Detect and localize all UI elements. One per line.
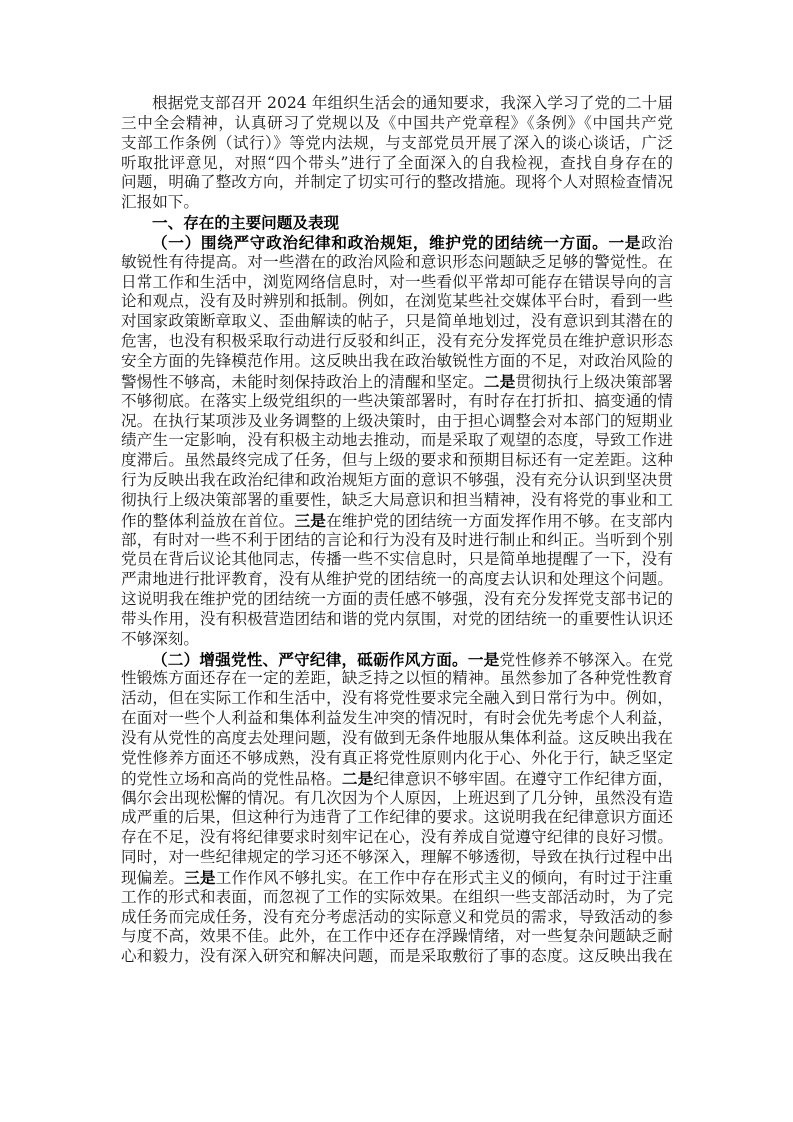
text-line: 偶尔会出现松懈的情况。有几次因为个人原因，上班迟到了几分钟，虽然没有造 xyxy=(121,789,673,809)
text-fragment: 工作作风不够扎实。在工作中存在形式主义的倾向，有时过于注重 xyxy=(216,869,673,887)
text-fragment: 现偏差。 xyxy=(121,869,184,887)
text-line: 不够深刻。 xyxy=(121,630,673,650)
text-line: 危害，也没有积极采取行动进行反驳和纠正，没有充分发挥党员在维护意识形态 xyxy=(121,332,673,352)
text-line: 况。在执行某项涉及业务调整的上级决策时，由于担心调整会对本部门的短期业 xyxy=(121,412,673,432)
point-label: 二是 xyxy=(484,372,516,391)
point-label: 一是 xyxy=(608,233,641,252)
text-fragment: 作的整体利益放在首位。 xyxy=(121,512,295,530)
text-line: 带头作用，没有积极营造团结和谐的党内氛围，对党的团结统一的重要性认识还 xyxy=(121,610,673,630)
text-line: 现偏差。三是工作作风不够扎实。在工作中存在形式主义的倾向，有时过于注重 xyxy=(121,868,673,888)
text-fragment: 警惕性不够高，未能时刻保持政治上的清醒和坚定。 xyxy=(121,373,484,391)
text-line: 支部工作条例（试行）》等党内法规，与支部党员开展了深入的谈心谈话，广泛 xyxy=(121,134,673,154)
text-line: 作的整体利益放在首位。三是在维护党的团结统一方面发挥作用不够。在支部内 xyxy=(121,511,673,531)
text-line: 在面对一些个人利益和集体利益发生冲突的情况时，有时会优先考虑个人利益， xyxy=(121,709,673,729)
text-fragment: 党性修养不够深入。在党 xyxy=(499,651,673,669)
text-line: 党性修养方面还不够成熟，没有真正将党性原则内化于心、外化于行，缺乏坚定 xyxy=(121,749,673,769)
point-label: 三是 xyxy=(184,868,216,887)
text-fragment: 贯彻执行上级决策部署 xyxy=(515,373,673,391)
text-line: 警惕性不够高，未能时刻保持政治上的清醒和坚定。二是贯彻执行上级决策部署 xyxy=(121,372,673,392)
text-line: 不够彻底。在落实上级党组织的一些决策部署时，有时存在打折扣、搞变通的情 xyxy=(121,392,673,412)
text-line: 敏锐性有待提高。对一些潜在的政治风险和意识形态问题缺乏足够的警觉性。在 xyxy=(121,253,673,273)
text-fragment: 纪律意识不够牢固。在遵守工作纪律方面， xyxy=(373,770,673,788)
text-line: 绩产生一定影响，没有积极主动地去推动，而是采取了观望的态度，导致工作进 xyxy=(121,431,673,451)
text-line: 没有从党性的高度去处理问题，没有做到无条件地服从集体利益。这反映出我在 xyxy=(121,729,673,749)
subsection-1: （一）围绕严守政治纪律和政治规矩，维护党的团结统一方面。一是政治 敏锐性有待提高… xyxy=(121,233,673,650)
text-line: 对国家政策断章取义、歪曲解读的帖子，只是简单地划过，没有意识到其潜在的 xyxy=(121,312,673,332)
text-line: 党员在背后议论其他同志，传播一些不实信息时，只是简单地提醒了一下，没有 xyxy=(121,550,673,570)
text-line: 性锻炼方面还存在一定的差距，缺乏持之以恒的精神。虽然参加了各种党性教育 xyxy=(121,669,673,689)
text-line: 安全方面的先锋模范作用。这反映出我在政治敏锐性方面的不足，对政治风险的 xyxy=(121,352,673,372)
text-line: 部，有时对一些不利于团结的言论和行为没有及时进行制止和纠正。当听到个别 xyxy=(121,531,673,551)
text-line: （一）围绕严守政治纪律和政治规矩，维护党的团结统一方面。一是政治 xyxy=(121,233,673,253)
text-line: 问题，明确了整改方向，并制定了切实可行的整改措施。现将个人对照检查情况 xyxy=(121,173,673,193)
text-line: 这说明我在维护党的团结统一方面的责任感不够强，没有充分发挥党支部书记的 xyxy=(121,590,673,610)
intro-paragraph: 根据党支部召开 2024 年组织生活会的通知要求，我深入学习了党的二十届 三中全… xyxy=(121,94,673,213)
text-line: 行为反映出我在政治纪律和政治规矩方面的意识不够强，没有充分认识到坚决贯 xyxy=(121,471,673,491)
text-line: （二）增强党性、严守纪律，砥砺作风方面。一是党性修养不够深入。在党 xyxy=(121,650,673,670)
text-fragment: 政治 xyxy=(641,234,673,252)
text-line: 听取批评意见，对照“四个带头”进行了全面深入的自我检视，查找自身存在的 xyxy=(121,154,673,174)
text-line: 根据党支部召开 2024 年组织生活会的通知要求，我深入学习了党的二十届 xyxy=(121,94,673,114)
section-heading: 一、存在的主要问题及表现 xyxy=(121,213,673,233)
text-fragment: 的党性立场和高尚的党性品格。 xyxy=(121,770,342,788)
text-line: 彻执行上级决策部署的重要性，缺乏大局意识和担当精神，没有将党的事业和工 xyxy=(121,491,673,511)
text-line: 论和观点，没有及时辨别和抵制。例如，在浏览某些社交媒体平台时，看到一些 xyxy=(121,292,673,312)
text-line: 成严重的后果，但这种行为违背了工作纪律的要求。这说明我在纪律意识方面还 xyxy=(121,808,673,828)
document-page: 根据党支部召开 2024 年组织生活会的通知要求，我深入学习了党的二十届 三中全… xyxy=(121,94,673,967)
point-label: 三是 xyxy=(295,511,327,530)
subsection-2: （二）增强党性、严守纪律，砥砺作风方面。一是党性修养不够深入。在党 性锻炼方面还… xyxy=(121,650,673,968)
text-line: 度滞后。虽然最终完成了任务，但与上级的要求和预期目标还有一定差距。这种 xyxy=(121,451,673,471)
subsection-title: （一）围绕严守政治纪律和政治规矩，维护党的团结统一方面。 xyxy=(152,233,608,252)
subsection-title: （二）增强党性、严守纪律，砥砺作风方面。 xyxy=(152,650,468,669)
text-line: 存在不足，没有将纪律要求时刻牢记在心，没有养成自觉遵守纪律的良好习惯。 xyxy=(121,828,673,848)
text-line: 汇报如下。 xyxy=(121,193,673,213)
point-label: 一是 xyxy=(468,650,500,669)
text-line: 日常工作和生活中，浏览网络信息时，对一些看似平常却可能存在错误导向的言 xyxy=(121,273,673,293)
text-line: 同时，对一些纪律规定的学习还不够深入，理解不够透彻，导致在执行过程中出 xyxy=(121,848,673,868)
text-line: 与度不高，效果不佳。此外，在工作中还存在浮躁情绪，对一些复杂问题缺乏耐 xyxy=(121,927,673,947)
text-line: 的党性立场和高尚的党性品格。二是纪律意识不够牢固。在遵守工作纪律方面， xyxy=(121,769,673,789)
text-fragment: 在维护党的团结统一方面发挥作用不够。在支部内 xyxy=(326,512,673,530)
text-line: 严肃地进行批评教育，没有从维护党的团结统一的高度去认识和处理这个问题。 xyxy=(121,570,673,590)
text-line: 工作的形式和表面，而忽视了工作的实际效果。在组织一些支部活动时，为了完 xyxy=(121,888,673,908)
text-line: 成任务而完成任务，没有充分考虑活动的实际意义和党员的需求，导致活动的参 xyxy=(121,908,673,928)
point-label: 二是 xyxy=(342,769,374,788)
text-line: 活动，但在实际工作和生活中，没有将党性要求完全融入到日常行为中。例如， xyxy=(121,689,673,709)
text-line: 心和毅力，没有深入研究和解决问题，而是采取敷衍了事的态度。这反映出我在 xyxy=(121,947,673,967)
text-line: 三中全会精神，认真研习了党规以及《中国共产党章程》《条例》《中国共产党 xyxy=(121,114,673,134)
